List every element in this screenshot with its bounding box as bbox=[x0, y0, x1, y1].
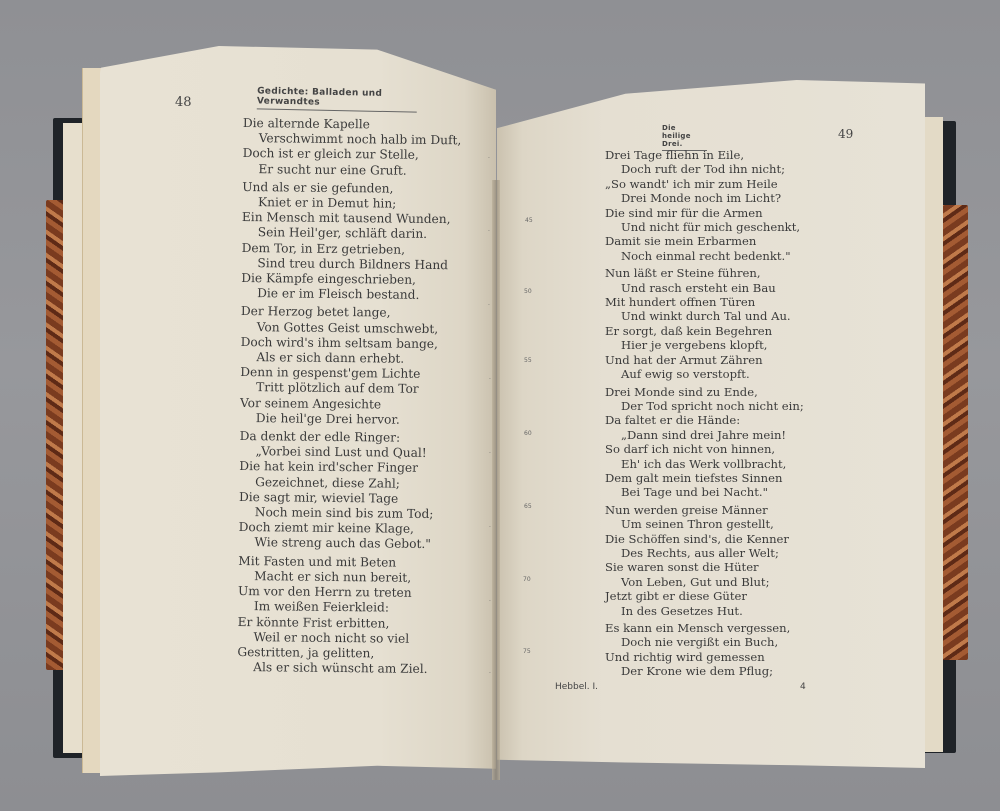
verse-line: Die er im Fleisch bestand. bbox=[241, 286, 460, 303]
line-marker: · bbox=[489, 376, 491, 383]
line-number-marker: 55 bbox=[524, 357, 532, 364]
verse-line: So darf ich nicht von hinnen, bbox=[605, 442, 804, 456]
verse-line: Die sind mir für die Armen bbox=[605, 206, 804, 220]
poem-left: Die alternde Kapelle Verschwimmt noch ha… bbox=[237, 116, 461, 681]
verse-line: Des Rechts, aus aller Welt; bbox=[605, 546, 804, 560]
verse-line: Auf ewig so verstopft. bbox=[605, 367, 804, 381]
line-marker: · bbox=[489, 450, 491, 457]
verse-line: Im weißen Feierkleid: bbox=[238, 599, 457, 616]
marbled-edge-right bbox=[940, 205, 968, 660]
verse-line: Doch nie vergißt ein Buch, bbox=[605, 635, 804, 649]
verse-line: Jetzt gibt er diese Güter bbox=[605, 589, 804, 603]
verse-line: „Dann sind drei Jahre mein! bbox=[605, 428, 804, 442]
book-gutter bbox=[492, 180, 500, 780]
verse-line: Und hat der Armut Zähren bbox=[605, 353, 804, 367]
running-header-left: Gedichte: Balladen und Verwandtes bbox=[257, 86, 417, 112]
verse-line: Sein Heil'ger, schläft darin. bbox=[242, 225, 461, 242]
verse-line: Dem galt mein tiefstes Sinnen bbox=[605, 471, 804, 485]
verse-line: Mit hundert offnen Türen bbox=[605, 295, 804, 309]
verse-line: Eh' ich das Werk vollbracht, bbox=[605, 457, 804, 471]
verse-line: Nun werden greise Männer bbox=[605, 503, 804, 517]
verse-line: Und richtig wird gemessen bbox=[605, 650, 804, 664]
verse-line: Der Tod spricht noch nicht ein; bbox=[605, 399, 804, 413]
verse-line: Drei Tage fliehn in Eile, bbox=[605, 148, 804, 162]
verse-line: Nun läßt er Steine führen, bbox=[605, 266, 804, 280]
verse-line: Es kann ein Mensch vergessen, bbox=[605, 621, 804, 635]
verse-line: Er sorgt, daß kein Begehren bbox=[605, 324, 804, 338]
line-number-marker: 50 bbox=[524, 288, 532, 295]
verse-line: Um seinen Thron gestellt, bbox=[605, 517, 804, 531]
line-marker: · bbox=[488, 302, 490, 309]
footer-sheet-number: 4 bbox=[800, 682, 806, 692]
stanza: Drei Monde sind zu Ende, Der Tod spricht… bbox=[605, 385, 804, 500]
stanza: Nun läßt er Steine führen, Und rasch ers… bbox=[605, 266, 804, 381]
verse-line: Drei Monde sind zu Ende, bbox=[605, 385, 804, 399]
line-number-marker: 75 bbox=[523, 648, 531, 655]
verse-line: Bei Tage und bei Nacht." bbox=[605, 485, 804, 499]
verse-line: Der Krone wie dem Pflug; bbox=[605, 664, 804, 678]
verse-line: Die Schöffen sind's, die Kenner bbox=[605, 532, 804, 546]
verse-line: Von Leben, Gut und Blut; bbox=[605, 575, 804, 589]
verse-line: Doch ist er gleich zur Stelle, bbox=[243, 146, 462, 163]
line-number-marker: 65 bbox=[524, 503, 532, 510]
line-marker: · bbox=[489, 598, 491, 605]
line-marker: · bbox=[489, 524, 491, 531]
line-number-marker: 60 bbox=[524, 430, 532, 437]
verse-line: Sie waren sonst die Hüter bbox=[605, 560, 804, 574]
verse-line: Doch ruft der Tod ihn nicht; bbox=[605, 162, 804, 176]
verse-line: In des Gesetzes Hut. bbox=[605, 604, 804, 618]
verse-line: Da faltet er die Hände: bbox=[605, 413, 804, 427]
running-header-right: Die heilige Drei. bbox=[662, 124, 707, 151]
stanza: Die alternde Kapelle Verschwimmt noch ha… bbox=[242, 116, 461, 179]
verse-line: Wie streng auch das Gebot." bbox=[238, 535, 457, 552]
stanza: Da denkt der edle Ringer: „Vorbei sind L… bbox=[238, 429, 458, 553]
verse-line: Und winkt durch Tal und Au. bbox=[605, 309, 804, 323]
stanza: Der Herzog betet lange, Von Gottes Geist… bbox=[240, 304, 460, 428]
verse-line: Und rasch ersteht ein Bau bbox=[605, 281, 804, 295]
verse-line: Der Herzog betet lange, bbox=[241, 304, 460, 321]
stanza: Und als er sie gefunden, Kniet er in Dem… bbox=[241, 180, 461, 304]
footer-signature: Hebbel. I. bbox=[555, 682, 598, 692]
verse-line: Drei Monde noch im Licht? bbox=[605, 191, 804, 205]
line-marker: · bbox=[488, 155, 490, 162]
stanza: Mit Fasten und mit Beten Macht er sich n… bbox=[237, 554, 457, 678]
line-marker: · bbox=[488, 228, 490, 235]
line-number-marker: 45 bbox=[525, 217, 533, 224]
stanza: Nun werden greise Männer Um seinen Thron… bbox=[605, 503, 804, 618]
line-number-marker: 70 bbox=[523, 576, 531, 583]
page-number-right: 49 bbox=[838, 127, 853, 141]
verse-line: „So wandt' ich mir zum Heile bbox=[605, 177, 804, 191]
verse-line: Tritt plötzlich auf dem Tor bbox=[240, 380, 459, 397]
page-number-left: 48 bbox=[175, 95, 192, 110]
verse-line: Als er sich wünscht am Ziel. bbox=[237, 660, 456, 677]
verse-line: Damit sie mein Erbarmen bbox=[605, 234, 804, 248]
stanza: Drei Tage fliehn in Eile, Doch ruft der … bbox=[605, 148, 804, 263]
verse-line: Noch einmal recht bedenkt." bbox=[605, 249, 804, 263]
line-marker: · bbox=[489, 670, 491, 677]
verse-line: Und nicht für mich geschenkt, bbox=[605, 220, 804, 234]
poem-right: Drei Tage fliehn in Eile, Doch ruft der … bbox=[605, 148, 804, 682]
verse-line: Hier je vergebens klopft, bbox=[605, 338, 804, 352]
stanza: Es kann ein Mensch vergessen, Doch nie v… bbox=[605, 621, 804, 679]
verse-line: Die heil'ge Drei hervor. bbox=[240, 411, 459, 428]
verse-line: Er sucht nur eine Gruft. bbox=[242, 162, 461, 179]
